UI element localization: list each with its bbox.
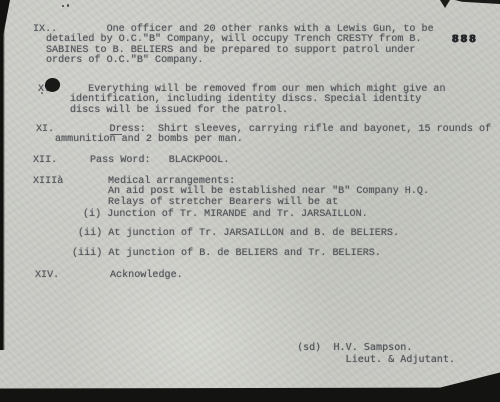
paper-speck bbox=[41, 92, 43, 94]
scan-edge-notch bbox=[440, 0, 450, 8]
overstruck-characters: 888 bbox=[452, 34, 478, 46]
document-scan: IX.. One officer and 20 other ranks with… bbox=[0, 0, 500, 402]
section-xii-number: XII. bbox=[33, 156, 57, 166]
section-xiii-number: XIIIà bbox=[33, 177, 63, 187]
section-xi-number: XI. bbox=[36, 125, 54, 135]
section-xi-text: Dress: Shirt sleeves, carrying rifle and… bbox=[55, 125, 491, 146]
signature-block: (sd) H.V. Sampson. Lieut. & Adjutant. bbox=[297, 342, 455, 365]
section-ix-text: One officer and 20 other ranks with a Le… bbox=[46, 25, 434, 66]
scan-edge-left-top bbox=[0, 0, 10, 34]
section-x-text: Everything will be removed from our men … bbox=[70, 85, 446, 116]
scan-edge-top-right bbox=[455, 0, 500, 4]
section-xiv-text: Acknowledge. bbox=[110, 271, 183, 281]
scan-edge-left bbox=[0, 0, 5, 350]
scan-edge-bottom bbox=[0, 370, 500, 402]
paper-speck bbox=[67, 4, 69, 7]
section-xii-text: Pass Word: BLACKPOOL. bbox=[90, 156, 229, 166]
section-xiii-item-i-text: (i) Junction of Tr. MIRANDE and Tr. JARS… bbox=[83, 210, 368, 220]
paper-speck bbox=[62, 5, 64, 7]
section-xiii-item-ii-text: (ii) At junction of Tr. JARSAILLON and B… bbox=[78, 229, 399, 239]
section-xiii-item-iii-text: (iii) At junction of B. de BELIERS and T… bbox=[72, 249, 381, 259]
section-xiv-number: XIV. bbox=[35, 271, 59, 281]
typed-underline bbox=[110, 134, 122, 135]
section-xiii-text: Medical arrangements: An aid post will b… bbox=[108, 177, 429, 208]
